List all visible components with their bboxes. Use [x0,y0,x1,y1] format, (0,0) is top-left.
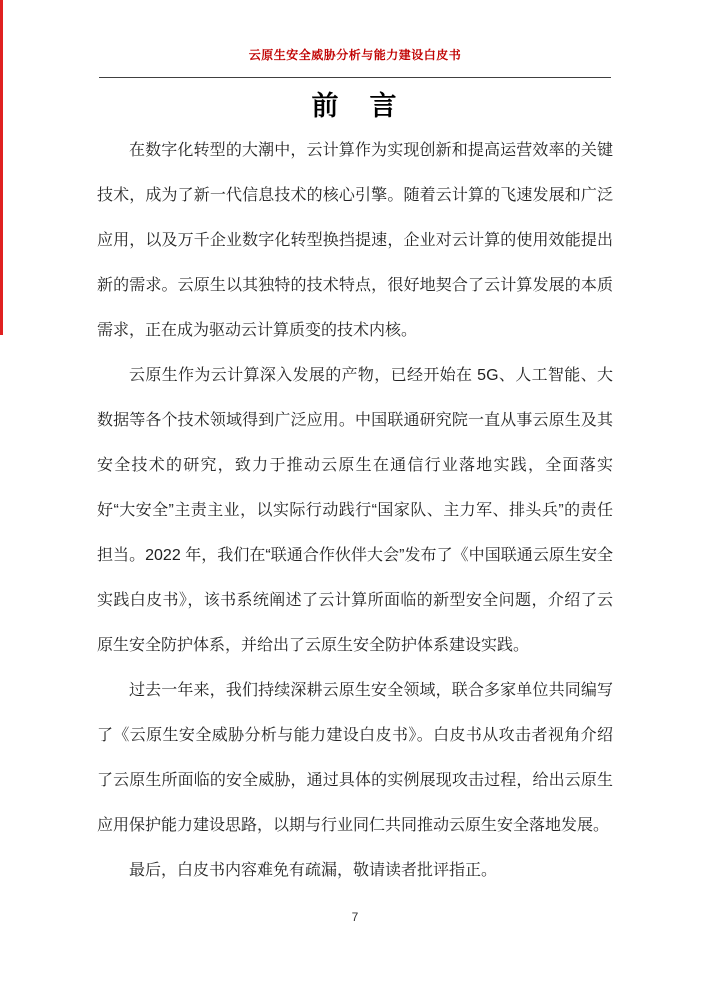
header-rule [99,77,611,78]
page-title: 前 言 [0,84,710,123]
body-paragraph: 最后，白皮书内容难免有疏漏，敬请读者批评指正。 [97,848,613,893]
body-paragraph: 过去一年来，我们持续深耕云原生安全领域，联合多家单位共同编写了《云原生安全威胁分… [97,668,613,848]
running-header: 云原生安全威胁分析与能力建设白皮书 [0,46,710,63]
body-text-block: 在数字化转型的大潮中，云计算作为实现创新和提高运营效率的关键技术，成为了新一代信… [97,128,613,893]
body-paragraph: 在数字化转型的大潮中，云计算作为实现创新和提高运营效率的关键技术，成为了新一代信… [97,128,613,353]
page-number: 7 [0,910,710,924]
body-paragraph: 云原生作为云计算深入发展的产物，已经开始在 5G、人工智能、大数据等各个技术领域… [97,353,613,668]
document-page: 云原生安全威胁分析与能力建设白皮书 前 言 在数字化转型的大潮中，云计算作为实现… [0,0,710,1004]
